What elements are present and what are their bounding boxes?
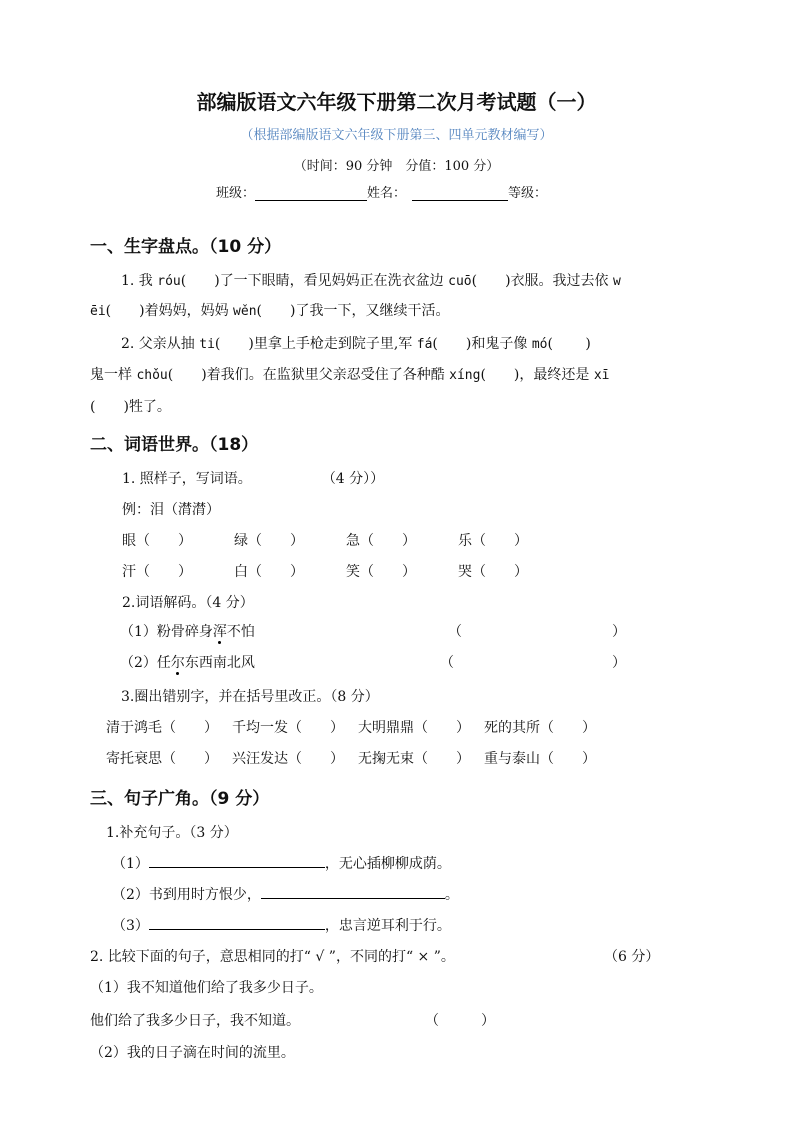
s1-q2-line3: ( )牲了。 bbox=[90, 396, 171, 416]
correction-blank[interactable]: 千均一发（ ） bbox=[232, 717, 358, 737]
s3-q1-item-3: （3），忠言逆耳利于行。 bbox=[112, 915, 451, 935]
answer-blank[interactable]: ( ) bbox=[181, 273, 220, 289]
s3-q2-answer-1[interactable]: （ ） bbox=[425, 1010, 495, 1030]
s2-q1-title: 1. 照样子，写词语。（4 分）） bbox=[122, 468, 384, 488]
s2-q2-item-1: （1）粉骨碎身浑不怕 bbox=[120, 621, 255, 641]
s1-q2-line1: 2. 父亲从抽 ti( )里拿上手枪走到院子里,军 fá( )和鬼子像 mó( … bbox=[121, 333, 591, 353]
answer-blank[interactable]: ( ) bbox=[480, 367, 519, 383]
word-blank[interactable]: 汗（ ） bbox=[122, 561, 234, 581]
fill-line[interactable] bbox=[261, 884, 445, 899]
name-label: 姓名： bbox=[367, 186, 406, 201]
exam-meta: （时间：90 分钟 分值：100 分） bbox=[0, 155, 793, 174]
emphasis-dot-char: 尔 bbox=[171, 655, 185, 671]
s1-q1-line1: 1. 我 róu( )了一下眼睛，看见妈妈正在洗衣盆边 cuō( )衣服。我过去… bbox=[121, 270, 621, 290]
student-info-row: 班级：姓名：等级： bbox=[0, 182, 793, 201]
s2-q2-title: 2.词语解码。（4 分） bbox=[122, 592, 254, 612]
correction-blank[interactable]: 死的其所（ ） bbox=[484, 717, 610, 737]
answer-blank[interactable]: ( ) bbox=[472, 273, 511, 289]
pinyin: w bbox=[613, 274, 621, 289]
s2-q2-item-1-answer[interactable]: （） bbox=[448, 621, 626, 641]
answer-blank[interactable]: ( ) bbox=[432, 336, 471, 352]
s2-q2-item-2-answer[interactable]: （） bbox=[440, 652, 626, 672]
name-field[interactable] bbox=[412, 186, 508, 201]
correction-blank[interactable]: 重与泰山（ ） bbox=[484, 748, 610, 768]
pinyin: róu bbox=[157, 274, 180, 289]
s2-q1-example: 例：泪（潸潸） bbox=[122, 499, 220, 519]
pinyin: fá bbox=[417, 337, 433, 352]
answer-blank[interactable]: ( ) bbox=[90, 399, 129, 415]
word-blank[interactable]: 绿（ ） bbox=[234, 530, 346, 550]
word-blank[interactable]: 白（ ） bbox=[234, 561, 346, 581]
s3-q2-sentence-1a: （1）我不知道他们给了我多少日子。 bbox=[90, 977, 323, 997]
fill-line[interactable] bbox=[149, 915, 325, 930]
correction-blank[interactable]: 大明鼎鼎（ ） bbox=[358, 717, 484, 737]
pinyin: xī bbox=[594, 368, 610, 383]
pinyin: chǒu bbox=[136, 368, 167, 383]
page-title: 部编版语文六年级下册第二次月考试题（一） bbox=[0, 86, 793, 115]
s3-q2-score: （6 分） bbox=[604, 946, 659, 966]
section-2-heading: 二、词语世界。（18） bbox=[90, 430, 258, 455]
s3-q2-sentence-1b: 他们给了我多少日子，我不知道。 bbox=[90, 1010, 300, 1030]
answer-blank[interactable]: ( ) bbox=[215, 336, 254, 352]
s2-q3-row1: 清于鸿毛（ ）千均一发（ ）大明鼎鼎（ ）死的其所（ ） bbox=[106, 717, 610, 737]
s1-q2-line2: 鬼一样 chǒu( )着我们。在监狱里父亲忍受住了各种酷 xíng( )，最终还… bbox=[90, 364, 610, 384]
pinyin: xíng bbox=[449, 368, 480, 383]
answer-blank[interactable]: ( ) bbox=[547, 336, 590, 352]
fill-line[interactable] bbox=[149, 853, 325, 868]
s2-q3-row2: 寄托衰思（ ）兴汪发达（ ）无掬无束（ ）重与泰山（ ） bbox=[106, 748, 610, 768]
correction-blank[interactable]: 兴汪发达（ ） bbox=[232, 748, 358, 768]
section-1-heading: 一、生字盘点。（10 分） bbox=[90, 232, 281, 257]
correction-blank[interactable]: 无掬无束（ ） bbox=[358, 748, 484, 768]
s3-q1-item-2: （2）书到用时方恨少，。 bbox=[112, 884, 459, 904]
section-3-heading: 三、句子广角。（9 分） bbox=[90, 784, 269, 809]
s3-q2-sentence-2a: （2）我的日子滴在时间的流里。 bbox=[90, 1042, 295, 1062]
page-subtitle: （根据部编版语文六年级下册第三、四单元教材编写） bbox=[0, 124, 793, 143]
word-blank[interactable]: 哭（ ） bbox=[458, 561, 570, 581]
class-field[interactable] bbox=[255, 186, 367, 201]
s3-q1-title: 1.补充句子。（3 分） bbox=[106, 822, 238, 842]
answer-blank[interactable]: ( ) bbox=[168, 367, 207, 383]
word-blank[interactable]: 急（ ） bbox=[346, 530, 458, 550]
answer-blank[interactable]: ( ) bbox=[257, 303, 296, 319]
s2-q1-row1: 眼（ ）绿（ ）急（ ）乐（ ） bbox=[122, 530, 570, 550]
correction-blank[interactable]: 寄托衰思（ ） bbox=[106, 748, 232, 768]
pinyin: ēi bbox=[90, 304, 106, 319]
correction-blank[interactable]: 清于鸿毛（ ） bbox=[106, 717, 232, 737]
s3-q1-item-1: （1），无心插柳柳成荫。 bbox=[112, 853, 451, 873]
s2-q1-row2: 汗（ ）白（ ）笑（ ）哭（ ） bbox=[122, 561, 570, 581]
grade-label: 等级： bbox=[508, 186, 547, 201]
word-blank[interactable]: 乐（ ） bbox=[458, 530, 570, 550]
pinyin: wěn bbox=[233, 304, 256, 319]
word-blank[interactable]: 眼（ ） bbox=[122, 530, 234, 550]
answer-blank[interactable]: ( ) bbox=[106, 303, 145, 319]
s1-q1-line2: ēi( )着妈妈，妈妈 wěn( )了我一下，又继续干活。 bbox=[90, 300, 449, 320]
s2-q2-item-2: （2）任尔东西南北风 bbox=[120, 652, 255, 672]
pinyin: mó bbox=[532, 337, 548, 352]
s2-q3-title: 3.圈出错别字，并在括号里改正。（8 分） bbox=[121, 686, 379, 706]
emphasis-dot-char: 浑 bbox=[213, 624, 227, 640]
pinyin: cuō bbox=[448, 274, 471, 289]
word-blank[interactable]: 笑（ ） bbox=[346, 561, 458, 581]
pinyin: ti bbox=[199, 337, 215, 352]
s3-q2-title: 2. 比较下面的句子，意思相同的打“ √ ”，不同的打“ × ”。 bbox=[90, 946, 455, 966]
class-label: 班级： bbox=[216, 186, 255, 201]
